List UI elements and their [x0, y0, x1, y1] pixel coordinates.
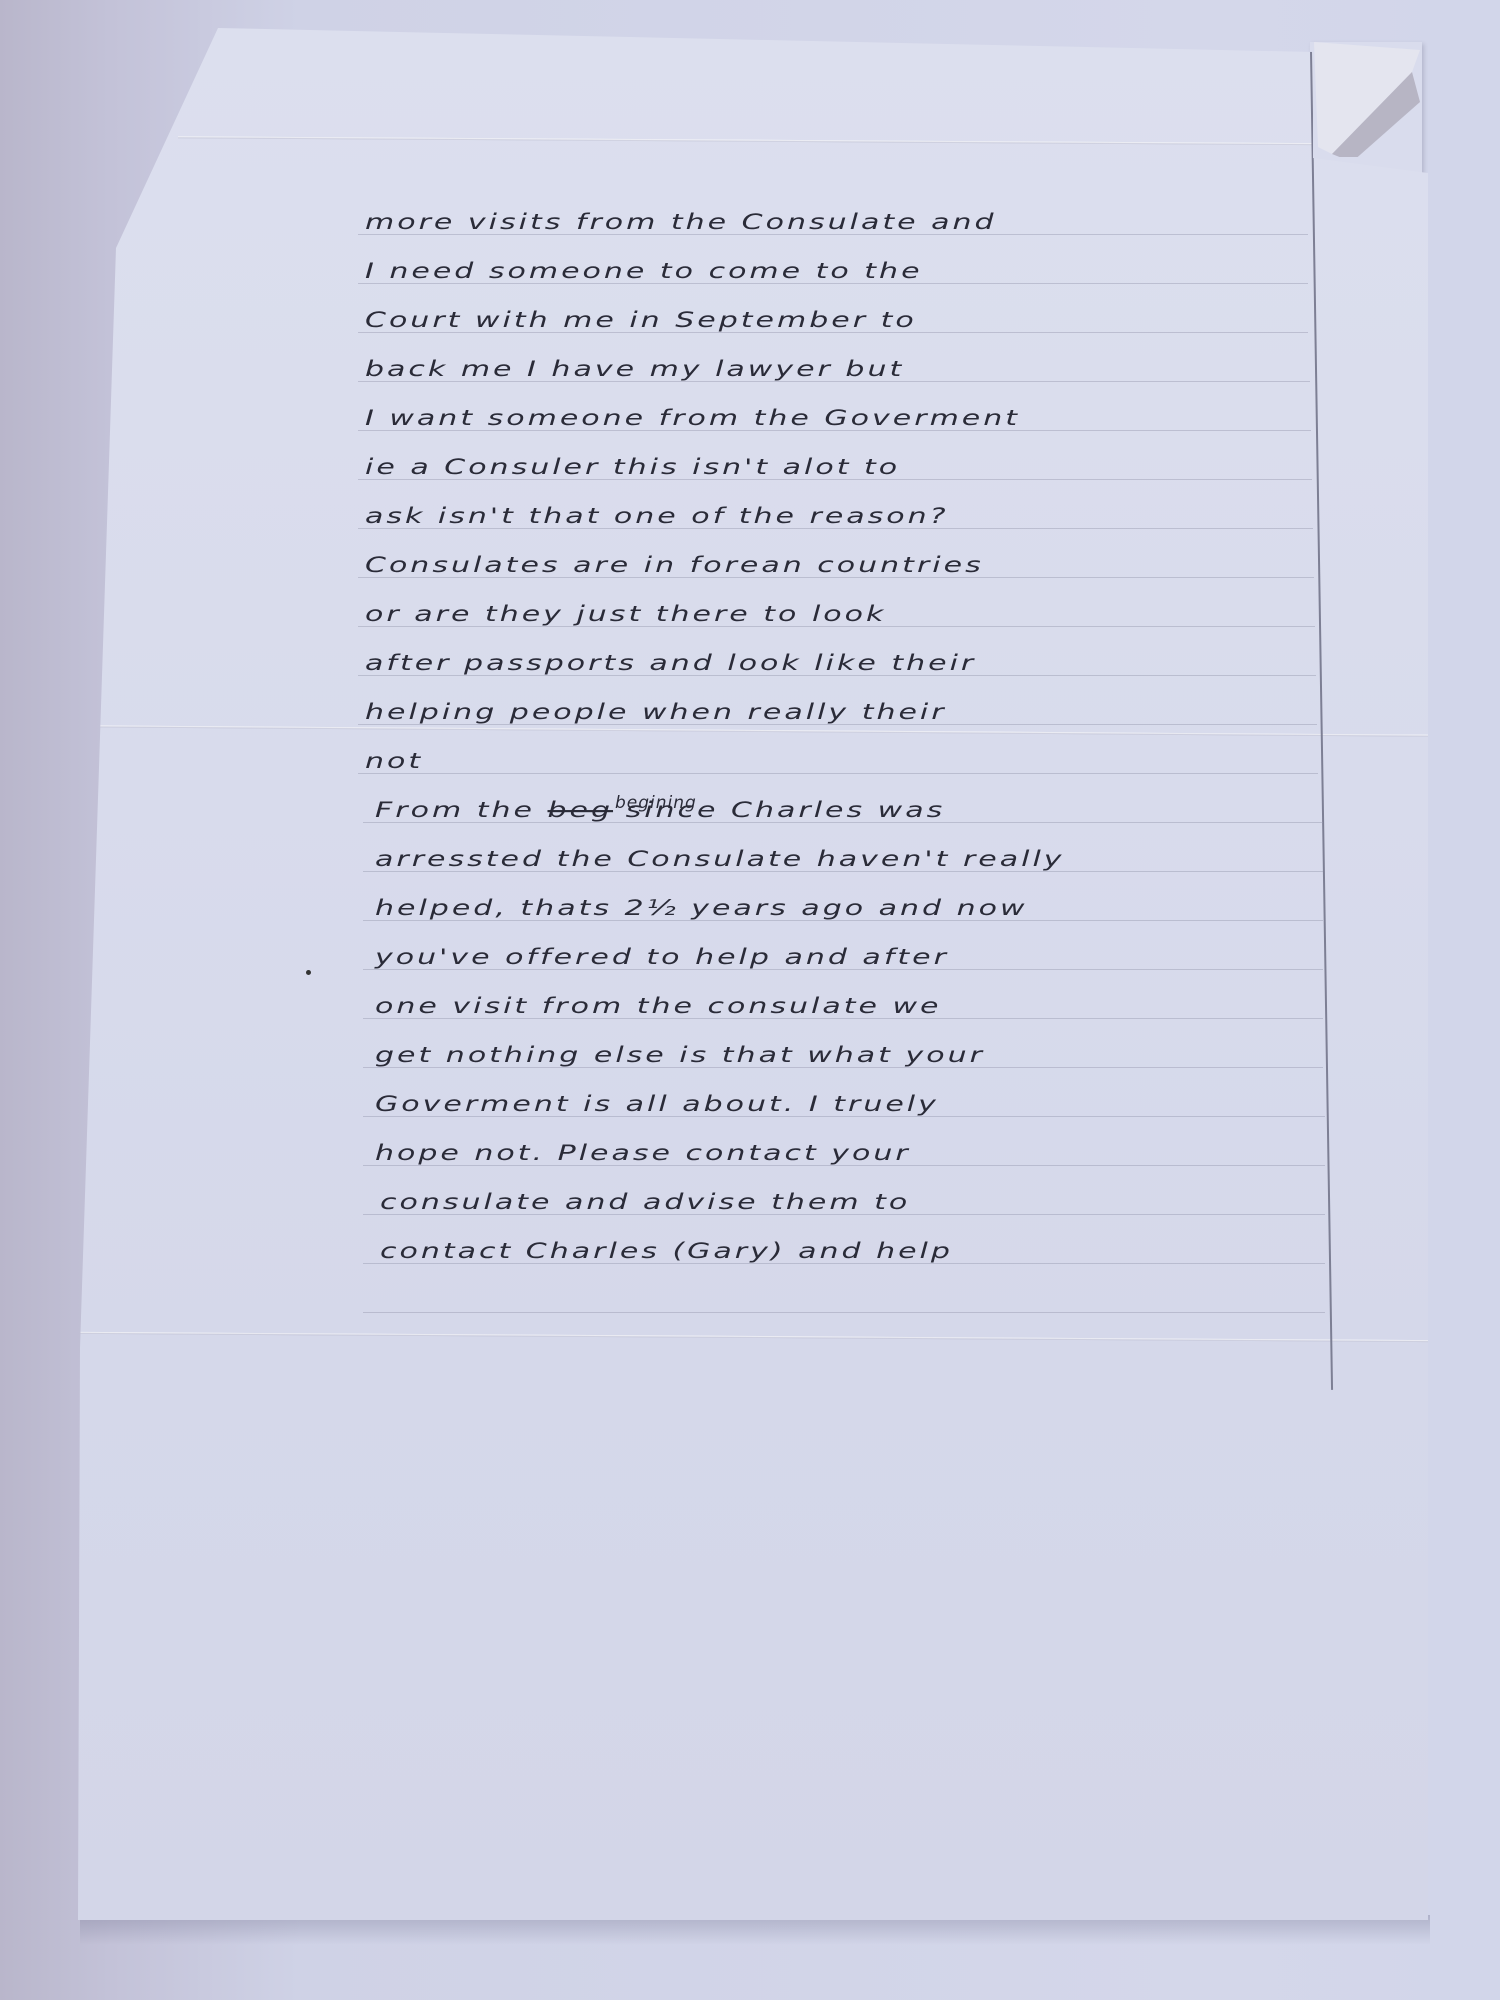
text-line: get nothing else is that what your	[375, 1043, 985, 1068]
text-line: ie a Consuler this isn't alot to	[365, 455, 900, 480]
text-line: Goverment is all about. I truely	[375, 1092, 939, 1117]
text-line: arressted the Consulate haven't really	[375, 847, 1065, 872]
text-line: after passports and look like their	[365, 651, 976, 676]
text-line: not	[365, 749, 423, 774]
fold-crease	[88, 725, 1428, 736]
text-line: helped, thats 2½ years ago and now	[375, 896, 1028, 921]
fold-crease	[178, 136, 1413, 146]
text-line: contact Charles (Gary) and help	[380, 1239, 953, 1264]
text-line: I want someone from the Goverment	[365, 406, 1020, 431]
text-line: consulate and advise them to	[380, 1190, 910, 1215]
struck-word: beg	[547, 798, 613, 823]
text-line: you've offered to help and after	[375, 945, 949, 970]
text-line: more visits from the Consulate and	[365, 210, 997, 235]
text-line: helping people when really their	[365, 700, 947, 725]
text-line: From the beg since Charles was	[375, 798, 945, 823]
folded-corner-icon	[1312, 42, 1424, 157]
text-line: hope not. Please contact your	[375, 1141, 911, 1166]
text-line: Consulates are in forean countries	[365, 553, 984, 578]
fold-crease	[80, 1332, 1428, 1342]
line-suffix: since Charles was	[626, 798, 946, 823]
ink-dot	[306, 970, 311, 975]
text-line: one visit from the consulate we	[375, 994, 941, 1019]
margin-line	[1310, 50, 1333, 1390]
line-prefix: From the	[375, 798, 535, 823]
text-line: or are they just there to look	[365, 602, 886, 627]
text-line: I need someone to come to the	[365, 259, 923, 284]
text-line: Court with me in September to	[365, 308, 917, 333]
ruled-line	[358, 773, 1318, 774]
text-line: ask isn't that one of the reason?	[365, 504, 949, 529]
text-line: back me I have my lawyer but	[365, 357, 904, 382]
ruled-line	[363, 1312, 1325, 1313]
